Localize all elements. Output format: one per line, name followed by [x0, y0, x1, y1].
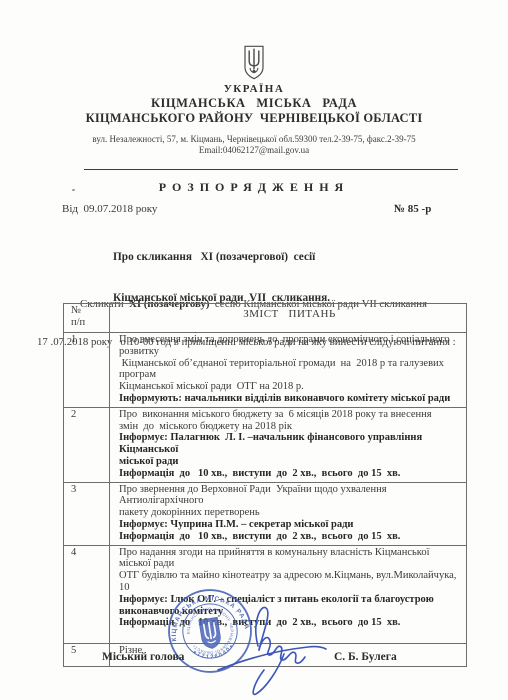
- table-row: 1 Про внесення змін та доповнень до прог…: [64, 332, 466, 407]
- letterhead: УКРАЇНА КІЦМАНСЬКА МІСЬКА РАДА КІЦМАНСЬК…: [30, 44, 478, 155]
- num-column-header: № п/п: [64, 304, 110, 332]
- council-name: КІЦМАНСЬКА МІСЬКА РАДА: [30, 96, 478, 111]
- content-line-bold: Інформує: Палагнюк Л. І. –начальник фіна…: [119, 432, 460, 456]
- content-line: Кіцманської міської ради ОТГ на 2018 р.: [119, 381, 460, 393]
- row-content: Про виконання міського бюджету за 6 міся…: [110, 408, 466, 482]
- content-line: пакету докорінних перетворень: [119, 507, 460, 519]
- row-content: Про звернення до Верховної Ради України …: [110, 483, 466, 545]
- row-num: 3: [64, 483, 110, 545]
- content-line-bold: Інформація до 10 хв., виступи до 2 хв., …: [119, 531, 460, 543]
- address-line: вул. Незалежності, 57, м. Кіцмань, Черні…: [30, 134, 478, 144]
- ukraine-trident-icon: [242, 44, 266, 81]
- row-num: 2: [64, 408, 110, 482]
- content-line: Про надання згоди на прийняття в комунал…: [119, 547, 460, 571]
- num-header-line1: №: [71, 305, 107, 317]
- content-line: Про виконання міського бюджету за 6 міся…: [119, 409, 460, 421]
- num-header-line2: п/п: [71, 317, 107, 329]
- doc-number: № 85 -р: [394, 203, 431, 215]
- row-num: 1: [64, 333, 110, 407]
- content-line-bold: Інформує: Чуприна П.М. – секретар місько…: [119, 519, 460, 531]
- content-line: Про внесення змін та доповнень до програ…: [119, 334, 460, 358]
- content-line-bold: Інформація до 10 хв., виступи до 2 хв., …: [119, 468, 460, 480]
- country-name: УКРАЇНА: [30, 83, 478, 95]
- district-name: КІЦМАНСЬКОГО РАЙОНУ ЧЕРНІВЕЦЬКОЇ ОБЛАСТІ: [30, 111, 478, 126]
- table-row: 2 Про виконання міського бюджету за 6 мі…: [64, 407, 466, 482]
- content-line-bold: міської ради: [119, 456, 460, 468]
- table-row: 3 Про звернення до Верховної Ради Україн…: [64, 482, 466, 545]
- doc-date: Від 09.07.2018 року: [62, 203, 157, 215]
- table-header-row: № п/п ЗМІСТ ПИТАНЬ: [64, 304, 466, 332]
- email-line: Email:04062127@mail.gov.ua: [30, 145, 478, 155]
- header-divider: [84, 169, 458, 170]
- content-line: змін до міського бюджету на 2018 рік: [119, 421, 460, 433]
- doc-type-heading: РОЗПОРЯДЖЕННЯ: [30, 180, 478, 195]
- content-line: Про звернення до Верховної Ради України …: [119, 484, 460, 508]
- handwritten-signature: [214, 588, 336, 700]
- content-column-header: ЗМІСТ ПИТАНЬ: [110, 304, 466, 332]
- signer-name: С. Б. Булега: [334, 651, 397, 663]
- scanned-document-page: { "header": { "emblem_icon": "ukraine-tr…: [0, 0, 508, 700]
- position-title: Міський голова: [102, 651, 184, 663]
- row-content: Про внесення змін та доповнень до програ…: [110, 333, 466, 407]
- content-line-bold: Інформують: начальники відділів виконавч…: [119, 393, 460, 405]
- doc-title-line1: Про скликання XI (позачергової) сесії: [113, 251, 330, 265]
- row-num: 4: [64, 546, 110, 644]
- content-line: Кіцманської об’єднаної територіальної гр…: [119, 358, 460, 382]
